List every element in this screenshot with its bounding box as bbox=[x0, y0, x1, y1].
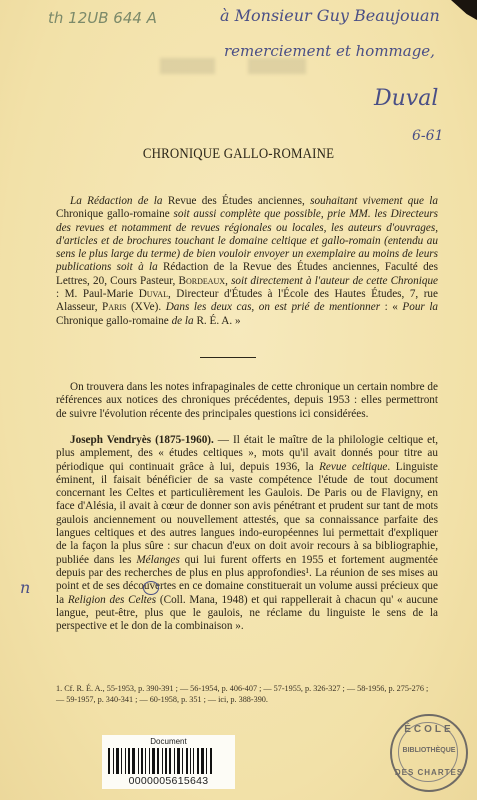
intro-text: On trouvera dans les notes infrapaginale… bbox=[56, 381, 438, 420]
intro-paragraph: On trouvera dans les notes infrapaginale… bbox=[56, 381, 438, 421]
pencil-shelfmark: th 12UB 644 A bbox=[48, 9, 157, 27]
section-divider bbox=[200, 357, 256, 358]
faded-stamp-left bbox=[160, 58, 215, 74]
barcode-bar bbox=[197, 748, 199, 774]
barcode-bar bbox=[169, 748, 171, 774]
barcode-bar bbox=[177, 748, 180, 774]
text-run: Chronique gallo-romaine bbox=[56, 315, 172, 327]
text-run: Revue celtique bbox=[319, 461, 387, 473]
torn-corner bbox=[451, 0, 477, 20]
pen-circle-mark bbox=[143, 581, 159, 595]
margin-mark: n bbox=[20, 578, 30, 597]
barcode-title: Document bbox=[102, 737, 235, 746]
text-run: . Linguiste éminent, il faisait bénéfici… bbox=[56, 461, 438, 566]
barcode-bar bbox=[145, 748, 146, 774]
barcode-bar bbox=[206, 748, 207, 774]
signature: Duval bbox=[374, 86, 438, 111]
barcode-bar bbox=[149, 748, 150, 774]
barcode-bar bbox=[186, 748, 188, 774]
barcode-number: 0000005615643 bbox=[102, 775, 235, 787]
page-title: CHRONIQUE GALLO-ROMAINE bbox=[33, 146, 443, 163]
barcode-bar bbox=[141, 748, 143, 774]
barcode-bar bbox=[201, 748, 204, 774]
text-run: souhaitant vivement que la bbox=[310, 195, 438, 207]
dedication-line-1: à Monsieur Guy Beaujouan bbox=[220, 6, 440, 25]
text-run: Mélanges bbox=[136, 554, 180, 566]
barcode-bar bbox=[174, 748, 175, 774]
barcode-bar bbox=[138, 748, 139, 774]
text-run: Paris bbox=[102, 301, 126, 313]
barcode-bar bbox=[108, 748, 110, 774]
stamp-top-text: ÉCOLE bbox=[392, 724, 466, 735]
barcode-bar bbox=[162, 748, 163, 774]
footnote: 1. Cf. R. É. A., 55-1953, p. 390-391 ; —… bbox=[56, 683, 438, 705]
text-run: Religion des Celtes bbox=[68, 594, 156, 606]
text-run: de la bbox=[172, 315, 197, 327]
stamp-middle-text: BIBLIOTHÈQUE bbox=[392, 747, 466, 754]
barcode-bar bbox=[125, 748, 126, 774]
barcode-bar bbox=[128, 748, 130, 774]
barcode-bar bbox=[182, 748, 183, 774]
barcode-bar bbox=[121, 748, 122, 774]
faded-stamp-right bbox=[248, 58, 306, 74]
text-run: Chronique gallo-romaine bbox=[56, 208, 174, 220]
text-run: R. É. A. » bbox=[196, 315, 240, 327]
text-run: Bordeaux bbox=[179, 275, 226, 287]
handwritten-date: 6-61 bbox=[412, 128, 443, 144]
text-run: Duval bbox=[139, 288, 168, 300]
text-run: (XVe). bbox=[127, 301, 166, 313]
vendryes-entry: Joseph Vendryès (1875-1960). — Il était … bbox=[56, 434, 438, 633]
stamp-bottom-text: DES CHARTES bbox=[392, 768, 466, 777]
notice-paragraph: La Rédaction de la Revue des Études anci… bbox=[56, 195, 438, 328]
barcode-bar bbox=[152, 748, 155, 774]
barcode-bar bbox=[116, 748, 119, 774]
text-run: soit directement à l'auteur de cette Chr… bbox=[231, 275, 438, 287]
barcode-bars bbox=[108, 748, 229, 774]
barcode-bar bbox=[157, 748, 159, 774]
library-stamp: ÉCOLE BIBLIOTHÈQUE DES CHARTES bbox=[390, 714, 468, 792]
barcode-bar bbox=[190, 748, 191, 774]
barcode-bar bbox=[132, 748, 135, 774]
barcode-bar bbox=[193, 748, 194, 774]
text-run: : M. Paul-Marie bbox=[56, 288, 139, 300]
barcode-label: Document 0000005615643 bbox=[102, 735, 235, 789]
text-run: Dans les deux cas, on est prié de mentio… bbox=[166, 301, 380, 313]
text-run: La Rédaction de la bbox=[70, 195, 168, 207]
text-run: Pour la bbox=[402, 301, 438, 313]
entry-heading: Joseph Vendryès (1875-1960). bbox=[70, 434, 214, 446]
text-run: : « bbox=[380, 301, 402, 313]
barcode-bar bbox=[165, 748, 167, 774]
barcode-bar bbox=[210, 748, 212, 774]
text-run: Revue des Études anciennes, bbox=[168, 195, 310, 207]
barcode-bar bbox=[113, 748, 114, 774]
